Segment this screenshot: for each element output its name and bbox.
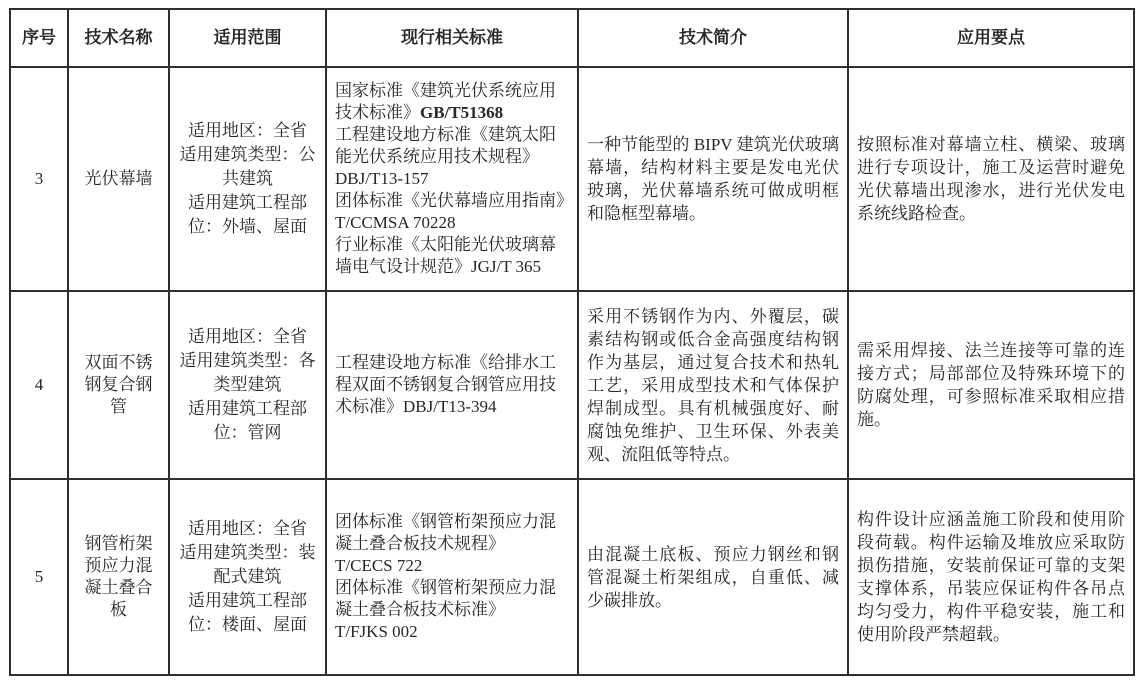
header-cell-scope: 适用范围	[169, 9, 326, 67]
standard-title: 团体标准《光伏幕墙应用指南》	[335, 191, 573, 210]
cell-tech-name: 双面不锈钢复合钢管	[68, 291, 169, 479]
scope-line: 适用建筑工程部位：外墙、屋面	[175, 191, 320, 239]
cell-scope: 适用地区：全省 适用建筑类型：公共建筑 适用建筑工程部位：外墙、屋面	[169, 67, 326, 291]
cell-tech-name: 光伏幕墙	[68, 67, 169, 291]
standard-item: 团体标准《光伏幕墙应用指南》T/CCMSA 70228	[335, 190, 569, 234]
standard-title: 工程建设地方标准《建筑太阳能光伏系统应用技术规程》	[335, 125, 556, 166]
scope-line: 适用建筑类型：各类型建筑	[175, 349, 320, 397]
cell-number: 3	[10, 67, 68, 291]
cell-standards: 工程建设地方标准《给排水工程双面不锈钢复合钢管应用技术标准》DBJ/T13-39…	[326, 291, 578, 479]
table-row: 5 钢管桁架预应力混凝土叠合板 适用地区：全省 适用建筑类型：装配式建筑 适用建…	[10, 479, 1134, 675]
header-row: 序号 技术名称 适用范围 现行相关标准 技术简介 应用要点	[10, 9, 1134, 67]
standard-code: T/CECS 722	[335, 556, 422, 575]
standard-code: DBJ/T13-394	[403, 397, 497, 416]
standard-code: DBJ/T13-157	[335, 169, 429, 188]
cell-points: 按照标准对幕墙立柱、横梁、玻璃进行专项设计，施工及运营时避免光伏幕墙出现渗水，进…	[848, 67, 1134, 291]
scope-line: 适用建筑工程部位：楼面、屋面	[175, 589, 320, 637]
scope-line: 适用建筑类型：公共建筑	[175, 143, 320, 191]
standard-item: 团体标准《钢管桁架预应力混凝土叠合板技术规程》T/CECS 722	[335, 511, 569, 577]
cell-points: 构件设计应涵盖施工阶段和使用阶段荷载。构件运输及堆放应采取防损伤措施，安装前保证…	[848, 479, 1134, 675]
standard-code: T/CCMSA 70228	[335, 213, 455, 232]
standard-code: JGJ/T 365	[471, 257, 541, 276]
table-row: 3 光伏幕墙 适用地区：全省 适用建筑类型：公共建筑 适用建筑工程部位：外墙、屋…	[10, 67, 1134, 291]
header-cell-number: 序号	[10, 9, 68, 67]
scope-line: 适用地区：全省	[175, 517, 320, 541]
cell-standards: 团体标准《钢管桁架预应力混凝土叠合板技术规程》T/CECS 722 团体标准《钢…	[326, 479, 578, 675]
cell-number: 4	[10, 291, 68, 479]
scope-line: 适用建筑类型：装配式建筑	[175, 541, 320, 589]
cell-number: 5	[10, 479, 68, 675]
standard-title: 团体标准《钢管桁架预应力混凝土叠合板技术标准》	[335, 578, 556, 619]
cell-intro: 一种节能型的 BIPV 建筑光伏玻璃幕墙，结构材料主要是发电光伏玻璃，光伏幕墙系…	[578, 67, 848, 291]
standard-item: 行业标准《太阳能光伏玻璃幕墙电气设计规范》JGJ/T 365	[335, 234, 569, 278]
cell-standards: 国家标准《建筑光伏系统应用技术标准》GB/T51368 工程建设地方标准《建筑太…	[326, 67, 578, 291]
standard-title: 团体标准《钢管桁架预应力混凝土叠合板技术规程》	[335, 512, 556, 553]
standard-item: 工程建设地方标准《建筑太阳能光伏系统应用技术规程》DBJ/T13-157	[335, 124, 569, 190]
header-cell-intro: 技术简介	[578, 9, 848, 67]
table-row: 4 双面不锈钢复合钢管 适用地区：全省 适用建筑类型：各类型建筑 适用建筑工程部…	[10, 291, 1134, 479]
cell-intro: 由混凝土底板、预应力钢丝和钢管混凝土桁架组成，自重低、减少碳排放。	[578, 479, 848, 675]
standard-item: 国家标准《建筑光伏系统应用技术标准》GB/T51368	[335, 80, 569, 124]
cell-intro: 采用不锈钢作为内、外覆层，碳素结构钢或低合金高强度结构钢作为基层，通过复合技术和…	[578, 291, 848, 479]
header-cell-points: 应用要点	[848, 9, 1134, 67]
cell-points: 需采用焊接、法兰连接等可靠的连接方式；局部部位及特殊环境下的防腐处理，可参照标准…	[848, 291, 1134, 479]
cell-tech-name: 钢管桁架预应力混凝土叠合板	[68, 479, 169, 675]
technology-standards-table: 序号 技术名称 适用范围 现行相关标准 技术简介 应用要点 3 光伏幕墙 适用地…	[9, 8, 1135, 676]
cell-scope: 适用地区：全省 适用建筑类型：各类型建筑 适用建筑工程部位：管网	[169, 291, 326, 479]
scope-line: 适用建筑工程部位：管网	[175, 397, 320, 445]
standard-item: 工程建设地方标准《给排水工程双面不锈钢复合钢管应用技术标准》DBJ/T13-39…	[335, 352, 569, 418]
header-cell-standards: 现行相关标准	[326, 9, 578, 67]
header-cell-tech-name: 技术名称	[68, 9, 169, 67]
standard-code: T/FJKS 002	[335, 622, 418, 641]
scope-line: 适用地区：全省	[175, 119, 320, 143]
standard-code: GB/T51368	[420, 103, 503, 122]
document-page: 序号 技术名称 适用范围 现行相关标准 技术简介 应用要点 3 光伏幕墙 适用地…	[0, 0, 1143, 684]
cell-scope: 适用地区：全省 适用建筑类型：装配式建筑 适用建筑工程部位：楼面、屋面	[169, 479, 326, 675]
standard-item: 团体标准《钢管桁架预应力混凝土叠合板技术标准》T/FJKS 002	[335, 577, 569, 643]
scope-line: 适用地区：全省	[175, 325, 320, 349]
